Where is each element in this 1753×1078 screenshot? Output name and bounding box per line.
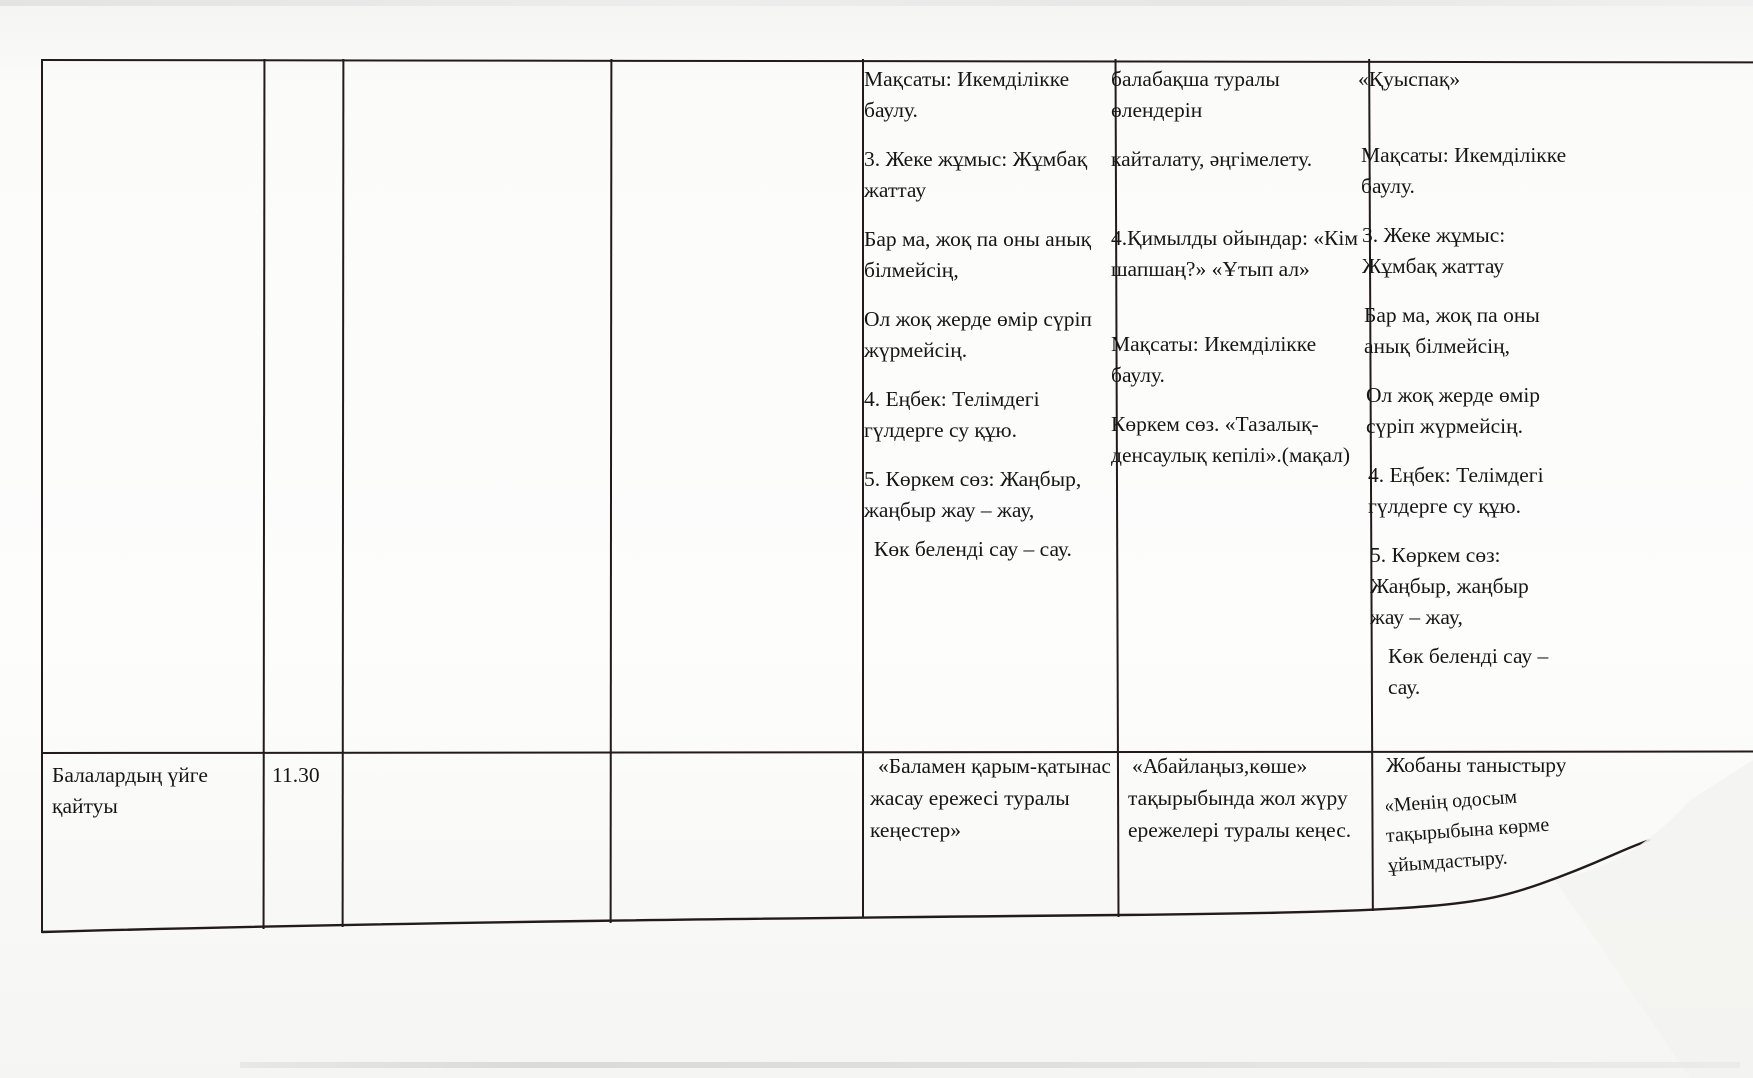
schedule-table: Мақсаты: Икемділікке баулу. 3. Жеке жұмы… (0, 0, 1753, 1078)
artistic-word-text: 5. Көркем сөз: Жаңбыр, жаңбыр жау – жау, (864, 464, 1114, 526)
poem-line: Көк беленді сау – сау. (864, 534, 1114, 565)
row2-time-cell: 11.30 (272, 760, 337, 809)
riddle-line-1: Бар ма, жоқ па оны анық білмейсің, (864, 224, 1114, 286)
individual-work-text: 3. Жеке жұмыс: Жұмбақ жаттау (1358, 220, 1568, 282)
row2-col6-cell: «Абайлаңыз,көше» тақырыбында жол жүру ер… (1128, 750, 1364, 864)
poem-line: Көк беленді сау – сау. (1358, 641, 1568, 703)
goal-text: Мақсаты: Икемділікке баулу. (1358, 140, 1568, 202)
advice-text: «Баламен қарым-қатынас жасау ережесі тур… (870, 750, 1112, 846)
scan-edge-bottom (240, 1062, 1740, 1068)
row1-col5-cell: Мақсаты: Икемділікке баулу. 3. Жеке жұмы… (864, 64, 1114, 583)
project-intro-text: Жобаны таныстыру (1386, 750, 1566, 781)
labor-text: 4. Еңбек: Телімдегі гүлдерге су құю. (864, 384, 1114, 446)
row1-col7-cell: «Қуыспақ» Мақсаты: Икемділікке баулу. 3.… (1358, 64, 1568, 721)
movement-games-text: 4.Қимылды ойындар: «Кім шапшаң?» «Ұтып а… (1111, 223, 1363, 285)
game-title-text: «Қуыспақ» (1358, 64, 1568, 95)
exhibition-text-skewed: «Менің одосым тақырыбына көрме ұйымдасты… (1386, 779, 1564, 881)
exhibition-text: «Менің одосым тақырыбына көрме ұйымдасты… (1386, 791, 1561, 881)
labor-text: 4. Еңбек: Телімдегі гүлдерге су құю. (1358, 460, 1568, 522)
riddle-line-1: Бар ма, жоқ па оны анық білмейсің, (1358, 300, 1568, 362)
retell-text: кайталату, әңгімелету. (1111, 144, 1363, 175)
goal-text: Мақсаты: Икемділікке баулу. (1111, 329, 1363, 391)
time-label: 11.30 (272, 760, 337, 791)
scanned-page: Мақсаты: Икемділікке баулу. 3. Жеке жұмы… (0, 0, 1753, 1078)
col-border-1 (41, 59, 43, 933)
goal-text: Мақсаты: Икемділікке баулу. (864, 64, 1114, 126)
road-rules-text: «Абайлаңыз,көше» тақырыбында жол жүру ер… (1128, 750, 1364, 846)
artistic-word-text: 5. Көркем сөз: Жаңбыр, жаңбыр жау – жау, (1358, 540, 1568, 633)
individual-work-text: 3. Жеке жұмыс: Жұмбақ жаттау (864, 144, 1114, 206)
riddle-line-2: Ол жоқ жерде өмір сүріп жүрмейсің. (1358, 380, 1568, 442)
activity-label: Балалардың үйге қайтуы (52, 760, 257, 822)
row2-col5-cell: «Баламен қарым-қатынас жасау ережесі тур… (870, 750, 1112, 864)
row2-col7-cell: Жобаны таныстыру «Менің одосым тақырыбын… (1386, 750, 1566, 899)
row2-activity-cell: Балалардың үйге қайтуы (52, 760, 257, 840)
poems-text: балабақша туралы өлендерін (1111, 64, 1363, 126)
riddle-line-2: Ол жоқ жерде өмір сүріп жүрмейсің. (864, 304, 1114, 366)
proverb-text: Көркем сөз. «Тазалық-денсаулық кепілі».(… (1111, 409, 1363, 471)
row1-col6-cell: балабақша туралы өлендерін кайталату, әң… (1111, 64, 1363, 489)
